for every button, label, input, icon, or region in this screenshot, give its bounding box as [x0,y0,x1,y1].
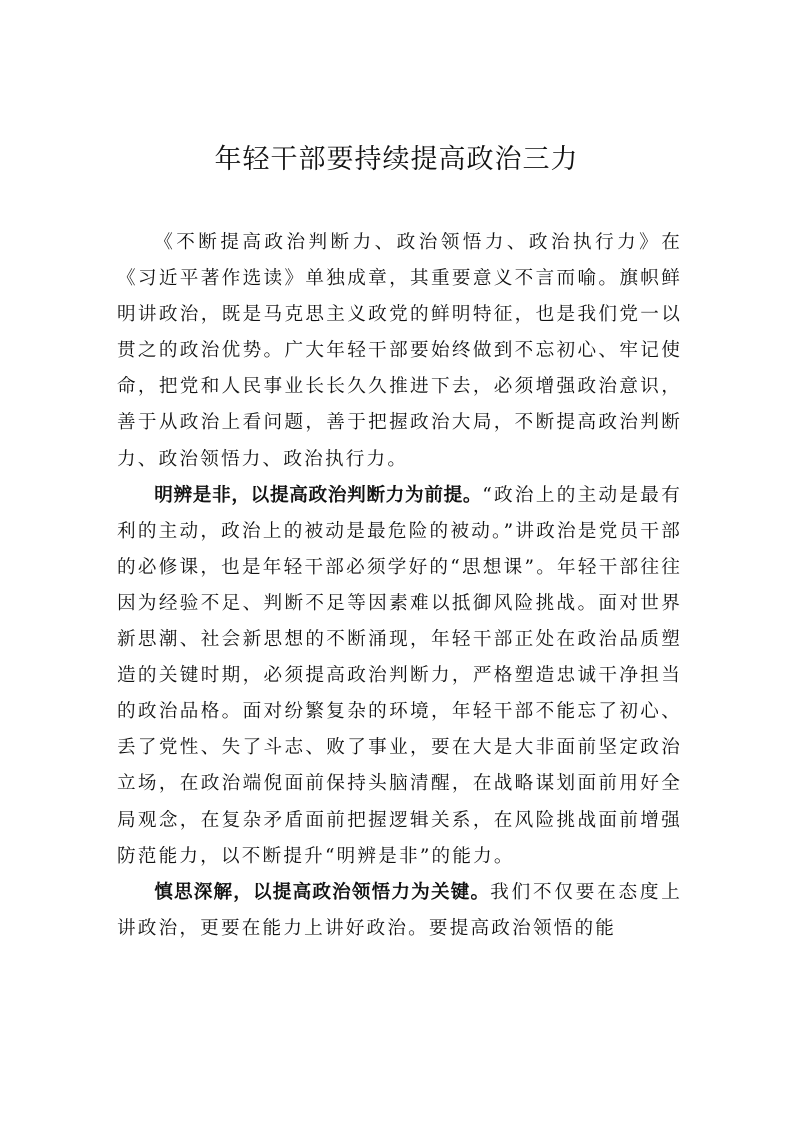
paragraph-lead-heading: 慎思深解，以提高政治领悟力为关键。 [154,882,490,903]
document-title: 年轻干部要持续提高政治三力 [0,140,793,180]
document-body: 《不断提高政治判断力、政治领悟力、政治执行力》在《习近平著作选读》单独成章，其重… [117,225,682,947]
paragraph-political-comprehension: 慎思深解，以提高政治领悟力为关键。我们不仅要在态度上讲政治，更要在能力上讲好政治… [117,875,682,947]
paragraph-text: “政治上的主动是最有利的主动，政治上的被动是最危险的被动。”讲政治是党员干部的必… [117,485,682,867]
paragraph-lead-heading: 明辨是非，以提高政治判断力为前提。 [154,485,482,506]
paragraph-text: 《不断提高政治判断力、政治领悟力、政治执行力》在《习近平著作选读》单独成章，其重… [117,232,682,470]
paragraph-intro: 《不断提高政治判断力、政治领悟力、政治执行力》在《习近平著作选读》单独成章，其重… [117,225,682,478]
document-page: 年轻干部要持续提高政治三力 《不断提高政治判断力、政治领悟力、政治执行力》在《习… [0,0,793,1122]
paragraph-political-judgment: 明辨是非，以提高政治判断力为前提。“政治上的主动是最有利的主动，政治上的被动是最… [117,478,682,875]
